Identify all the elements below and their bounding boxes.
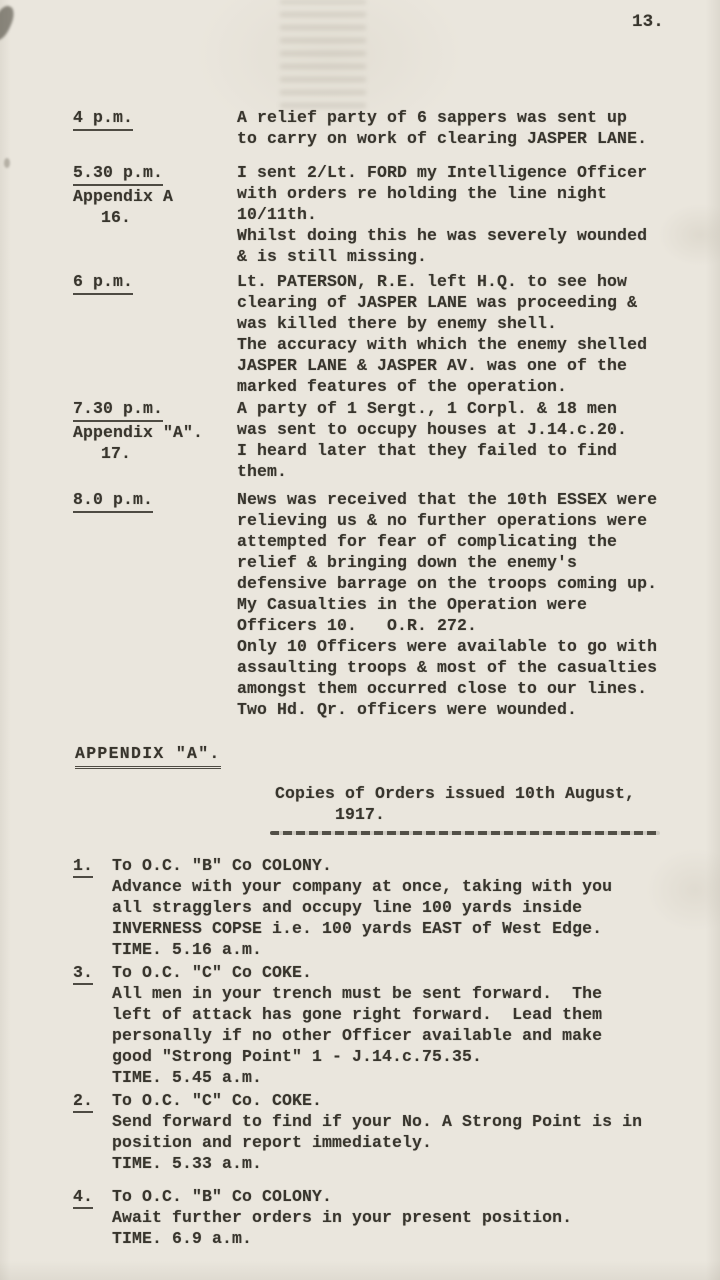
entry-body: News was received that the 10th ESSEX we… — [237, 489, 677, 720]
entry-time: 7.30 p.m. — [73, 398, 163, 422]
paper-speck — [4, 158, 10, 168]
entry-appendix-number: 16. — [73, 207, 237, 228]
entry-time: 5.30 p.m. — [73, 162, 163, 186]
entry-body: A relief party of 6 sappers was sent up … — [237, 107, 677, 149]
order-number: 4. — [73, 1187, 93, 1209]
order-number: 3. — [73, 963, 93, 985]
entry-appendix-number: 17. — [73, 443, 237, 464]
section-divider — [270, 831, 660, 835]
entry-time: 8.0 p.m. — [73, 489, 153, 513]
entry-appendix-ref: Appendix A — [73, 186, 237, 207]
entry-time-column: 6 p.m. — [73, 271, 237, 397]
entry-time: 4 p.m. — [73, 107, 133, 131]
diary-entry: 4 p.m. A relief party of 6 sappers was s… — [73, 107, 677, 149]
order-item: 1. To O.C. "B" Co COLONY. Advance with y… — [73, 855, 664, 960]
appendix-heading: APPENDIX "A". — [75, 743, 221, 769]
entry-time-column: 4 p.m. — [73, 107, 237, 149]
entry-time-column: 7.30 p.m. Appendix "A". 17. — [73, 398, 237, 482]
order-body: To O.C. "B" Co COLONY. Await further ord… — [112, 1186, 664, 1249]
ink-bleedthrough — [280, 0, 366, 108]
order-body: To O.C. "C" Co COKE. All men in your tre… — [112, 962, 664, 1088]
entry-body: I sent 2/Lt. FORD my Intelligence Office… — [237, 162, 677, 267]
order-number-column: 2. — [73, 1090, 112, 1174]
order-item: 2. To O.C. "C" Co. COKE. Send forward to… — [73, 1090, 664, 1174]
entry-time-column: 5.30 p.m. Appendix A 16. — [73, 162, 237, 267]
document-page: 13. 4 p.m. A relief party of 6 sappers w… — [0, 0, 720, 1280]
order-item: 3. To O.C. "C" Co COKE. All men in your … — [73, 962, 664, 1088]
order-body: To O.C. "C" Co. COKE. Send forward to fi… — [112, 1090, 664, 1174]
entry-time: 6 p.m. — [73, 271, 133, 295]
order-item: 4. To O.C. "B" Co COLONY. Await further … — [73, 1186, 664, 1249]
page-number: 13. — [632, 12, 664, 33]
order-number-column: 1. — [73, 855, 112, 960]
appendix-subtitle: Copies of Orders issued 10th August, — [275, 783, 635, 804]
entry-body: A party of 1 Sergt., 1 Corpl. & 18 men w… — [237, 398, 677, 482]
diary-entry: 5.30 p.m. Appendix A 16. I sent 2/Lt. FO… — [73, 162, 677, 267]
entry-time-column: 8.0 p.m. — [73, 489, 237, 720]
appendix-subtitle-year: 1917. — [335, 804, 385, 825]
paper-stain — [0, 3, 18, 43]
order-number: 2. — [73, 1091, 93, 1113]
order-number-column: 3. — [73, 962, 112, 1088]
diary-entry: 8.0 p.m. News was received that the 10th… — [73, 489, 677, 720]
entry-appendix-ref: Appendix "A". — [73, 422, 237, 443]
order-number-column: 4. — [73, 1186, 112, 1249]
diary-entry: 7.30 p.m. Appendix "A". 17. A party of 1… — [73, 398, 677, 482]
order-number: 1. — [73, 856, 93, 878]
order-body: To O.C. "B" Co COLONY. Advance with your… — [112, 855, 664, 960]
entry-body: Lt. PATERSON, R.E. left H.Q. to see how … — [237, 271, 677, 397]
diary-entry: 6 p.m. Lt. PATERSON, R.E. left H.Q. to s… — [73, 271, 677, 397]
